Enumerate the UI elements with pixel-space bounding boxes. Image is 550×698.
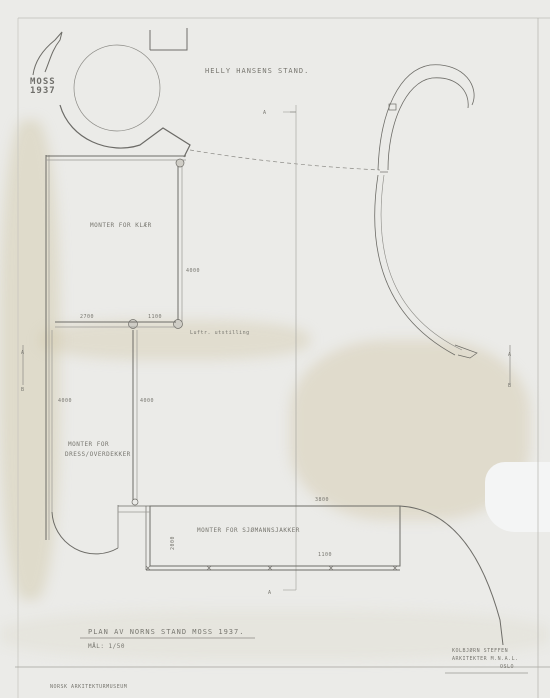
dim-right-upper: 4000: [186, 268, 200, 274]
dim-mid-lower: 4000: [140, 398, 154, 404]
dim-bottom-top: 3800: [315, 497, 329, 503]
dim-bottom-height: 2000: [170, 536, 176, 550]
dim-small-mid: 1100: [148, 314, 162, 320]
caption-scale: Mål: 1/50: [88, 643, 125, 650]
logo-line2: 1937: [30, 87, 56, 96]
archive-stamp: Norsk Arkitekturmuseum: [50, 684, 127, 690]
section-mark-left-b: B: [21, 387, 25, 393]
section-mark-right-b: B: [508, 383, 512, 389]
room-label-lower-2: Dress/Overdekker: [65, 451, 131, 458]
plan-drawing: [0, 0, 550, 698]
author-name: Kolbjørn Steffen: [452, 648, 508, 654]
section-mark-right-a: A: [508, 352, 512, 358]
dim-top-bar: 2700: [80, 314, 94, 320]
section-mark-top: A: [263, 110, 267, 116]
room-label-lower-1: Monter for: [68, 441, 109, 448]
section-mark-bottom: A: [268, 590, 272, 596]
caption-plan: Plan av Norns stand Moss 1937.: [88, 628, 244, 636]
section-mark-left-a: A: [21, 350, 25, 356]
dim-left-lower: 4000: [58, 398, 72, 404]
dim-detail-note: Luftr. utstilling: [190, 330, 250, 336]
author-title: Arkitekter M.N.A.L.: [452, 656, 519, 662]
dim-bottom-inner: 1100: [318, 552, 332, 558]
author-city: Oslo: [500, 664, 514, 670]
room-label-bottom: Monter for sjømannsjakker: [197, 527, 300, 534]
logo-moss: MOSS 1937: [30, 78, 56, 96]
drawing-title: Helly Hansens stand.: [205, 67, 309, 75]
drawing-sheet: MOSS 1937 Helly Hansens stand. Monter fo…: [0, 0, 550, 698]
room-label-upper: Monter for klær: [90, 222, 152, 229]
